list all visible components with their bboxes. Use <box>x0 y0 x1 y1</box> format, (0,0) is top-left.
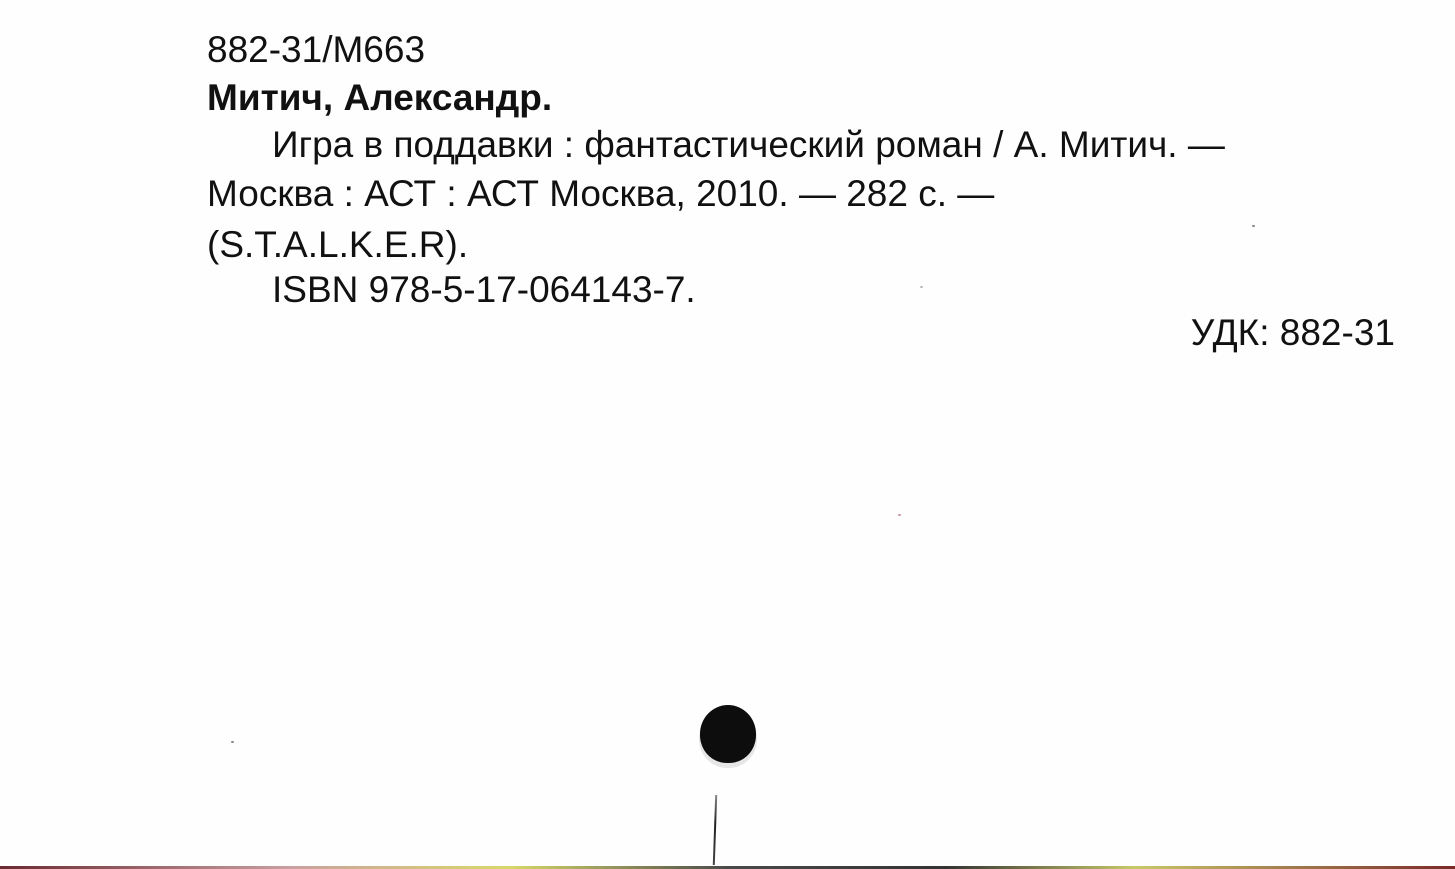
title-statement: Игра в поддавки : фантастический роман /… <box>272 123 1225 167</box>
scan-speck <box>920 286 923 288</box>
udk-classification: УДК: 882-31 <box>1191 311 1395 355</box>
scan-speck <box>231 741 234 743</box>
scan-speck <box>1252 225 1255 227</box>
punch-hole-icon <box>700 705 756 763</box>
catalog-card: 882-31/М663 Митич, Александр. Игра в под… <box>0 0 1455 869</box>
author-heading: Митич, Александр. <box>207 76 552 120</box>
series-statement: (S.T.A.L.K.E.R). <box>207 223 468 267</box>
scan-speck <box>898 514 901 516</box>
publication-statement: Москва : АСТ : АСТ Москва, 2010. — 282 с… <box>207 172 994 216</box>
thread-mark <box>713 795 717 865</box>
call-number: 882-31/М663 <box>207 28 425 72</box>
isbn: ISBN 978-5-17-064143-7. <box>272 268 696 312</box>
